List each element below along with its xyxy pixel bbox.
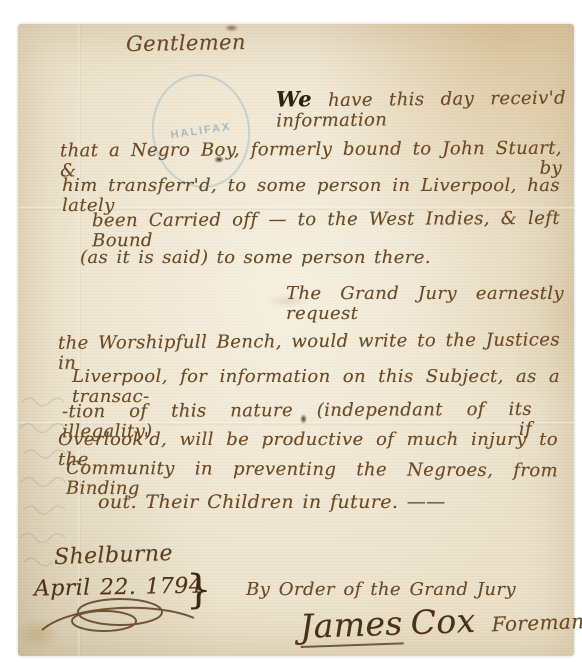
signature-block: James Cox Foreman bbox=[299, 599, 582, 648]
letter-line: The Grand Jury earnestly request bbox=[286, 284, 564, 324]
letter-line: We have this day receiv'd information bbox=[276, 84, 566, 131]
signature-last-name: Cox bbox=[410, 603, 476, 642]
letter-paper: HALIFAX Gentlemen We have this day recei… bbox=[18, 24, 574, 656]
pen-flourish bbox=[38, 596, 198, 640]
letter-line: been Carried off — to the West Indies, &… bbox=[92, 209, 560, 251]
letter-line: (as it is said) to some person there. bbox=[80, 248, 431, 268]
letter-line: out. Their Children in future. —— bbox=[98, 492, 446, 513]
salutation: Gentlemen bbox=[126, 31, 246, 56]
opening-text: have this day receiv'd information bbox=[276, 87, 566, 131]
archive-stamp-text: HALIFAX bbox=[170, 121, 232, 141]
signature-role: Foreman bbox=[491, 610, 582, 635]
opening-capital: We bbox=[276, 86, 312, 111]
attestation-line: By Order of the Grand Jury bbox=[246, 580, 516, 600]
place-line: Shelburne bbox=[54, 542, 174, 570]
scanned-letter: HALIFAX Gentlemen We have this day recei… bbox=[0, 0, 582, 671]
signature-first-name: James bbox=[299, 605, 403, 648]
